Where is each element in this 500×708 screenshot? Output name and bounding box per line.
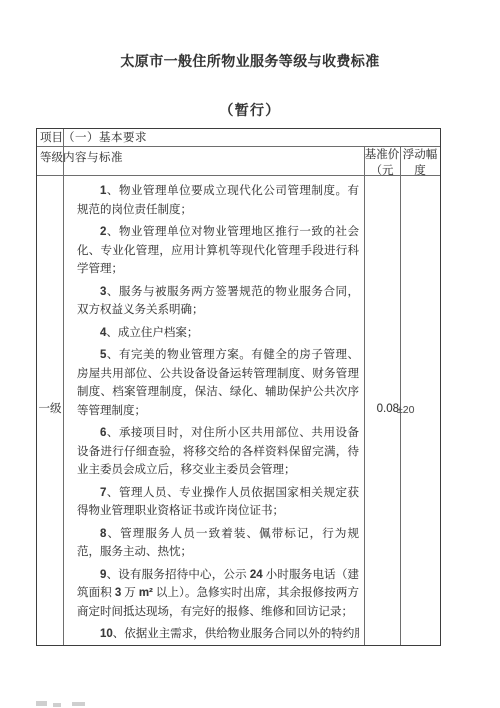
page-subtitle: （暂行） bbox=[0, 100, 500, 120]
scan-artifact bbox=[53, 703, 61, 707]
header-base-price: 基准价（元 bbox=[364, 147, 400, 176]
content-item: 6、承接项目时，对住所小区共用部位、共用设备设备进行仔细查验，将移交给的各样资料… bbox=[77, 424, 359, 480]
grade-level-cell: 一级 bbox=[37, 402, 63, 416]
content-item: 4、成立住户档案； bbox=[77, 324, 359, 343]
base-price-value: 0.08 bbox=[364, 403, 399, 415]
content-item: 5、有完美的物业管理方案。有健全的房子管理、房屋共用部位、公共设备设备运转管理制… bbox=[77, 346, 359, 420]
content-item: 10、依据业主需求，供给物业服务合同以外的特约服 bbox=[77, 625, 359, 643]
content-item: 9、设有服务招待中心，公示 24 小时服务电话（建筑面积 3 万 m² 以上）。… bbox=[77, 566, 359, 622]
content-item: 3、服务与被服务两方签署规范的物业服务合同，双方权益义务关系明确； bbox=[77, 283, 359, 320]
header-grade-label: 等级 bbox=[40, 151, 63, 165]
page-title: 太原市一般住所物业服务等级与收费标准 bbox=[0, 51, 500, 71]
content-standards-cell: 1、物业管理单位要成立现代化公司管理制度。有规范的岗位责任制度；2、物业管理单位… bbox=[77, 179, 359, 643]
header-float-range: 浮动幅度 bbox=[400, 147, 440, 176]
float-range-value: ±20 bbox=[397, 404, 414, 416]
header-content-label: 内容与标准 bbox=[63, 151, 123, 165]
document-page: 太原市一般住所物业服务等级与收费标准 （暂行） 项目 （一）基本要求 等级 内容… bbox=[0, 0, 500, 708]
scan-artifact bbox=[72, 702, 85, 706]
table-vline-grade-col bbox=[63, 129, 64, 645]
header-item-value: （一）基本要求 bbox=[63, 131, 147, 145]
content-item: 2、物业管理单位对物业管理地区推行一致的社会化、专业化管理，应用计算机等现代化管… bbox=[77, 223, 359, 279]
table-vline-float-col bbox=[400, 146, 401, 645]
content-item: 8、管理服务人员一致着装、佩带标记，行为规范，服务主动、热忱； bbox=[77, 525, 359, 562]
header-item-label: 项目 bbox=[40, 131, 63, 145]
content-item: 7、管理人员、专业操作人员依据国家相关规定获得物业管理职业资格证书或许岗位证书； bbox=[77, 484, 359, 521]
table-vline-base-price-col bbox=[364, 146, 365, 645]
content-item: 1、物业管理单位要成立现代化公司管理制度。有规范的岗位责任制度； bbox=[77, 182, 359, 219]
standards-table: 项目 （一）基本要求 等级 内容与标准 基准价（元 浮动幅度 一级 1、物业管理… bbox=[36, 128, 441, 646]
scan-artifact bbox=[36, 701, 47, 706]
